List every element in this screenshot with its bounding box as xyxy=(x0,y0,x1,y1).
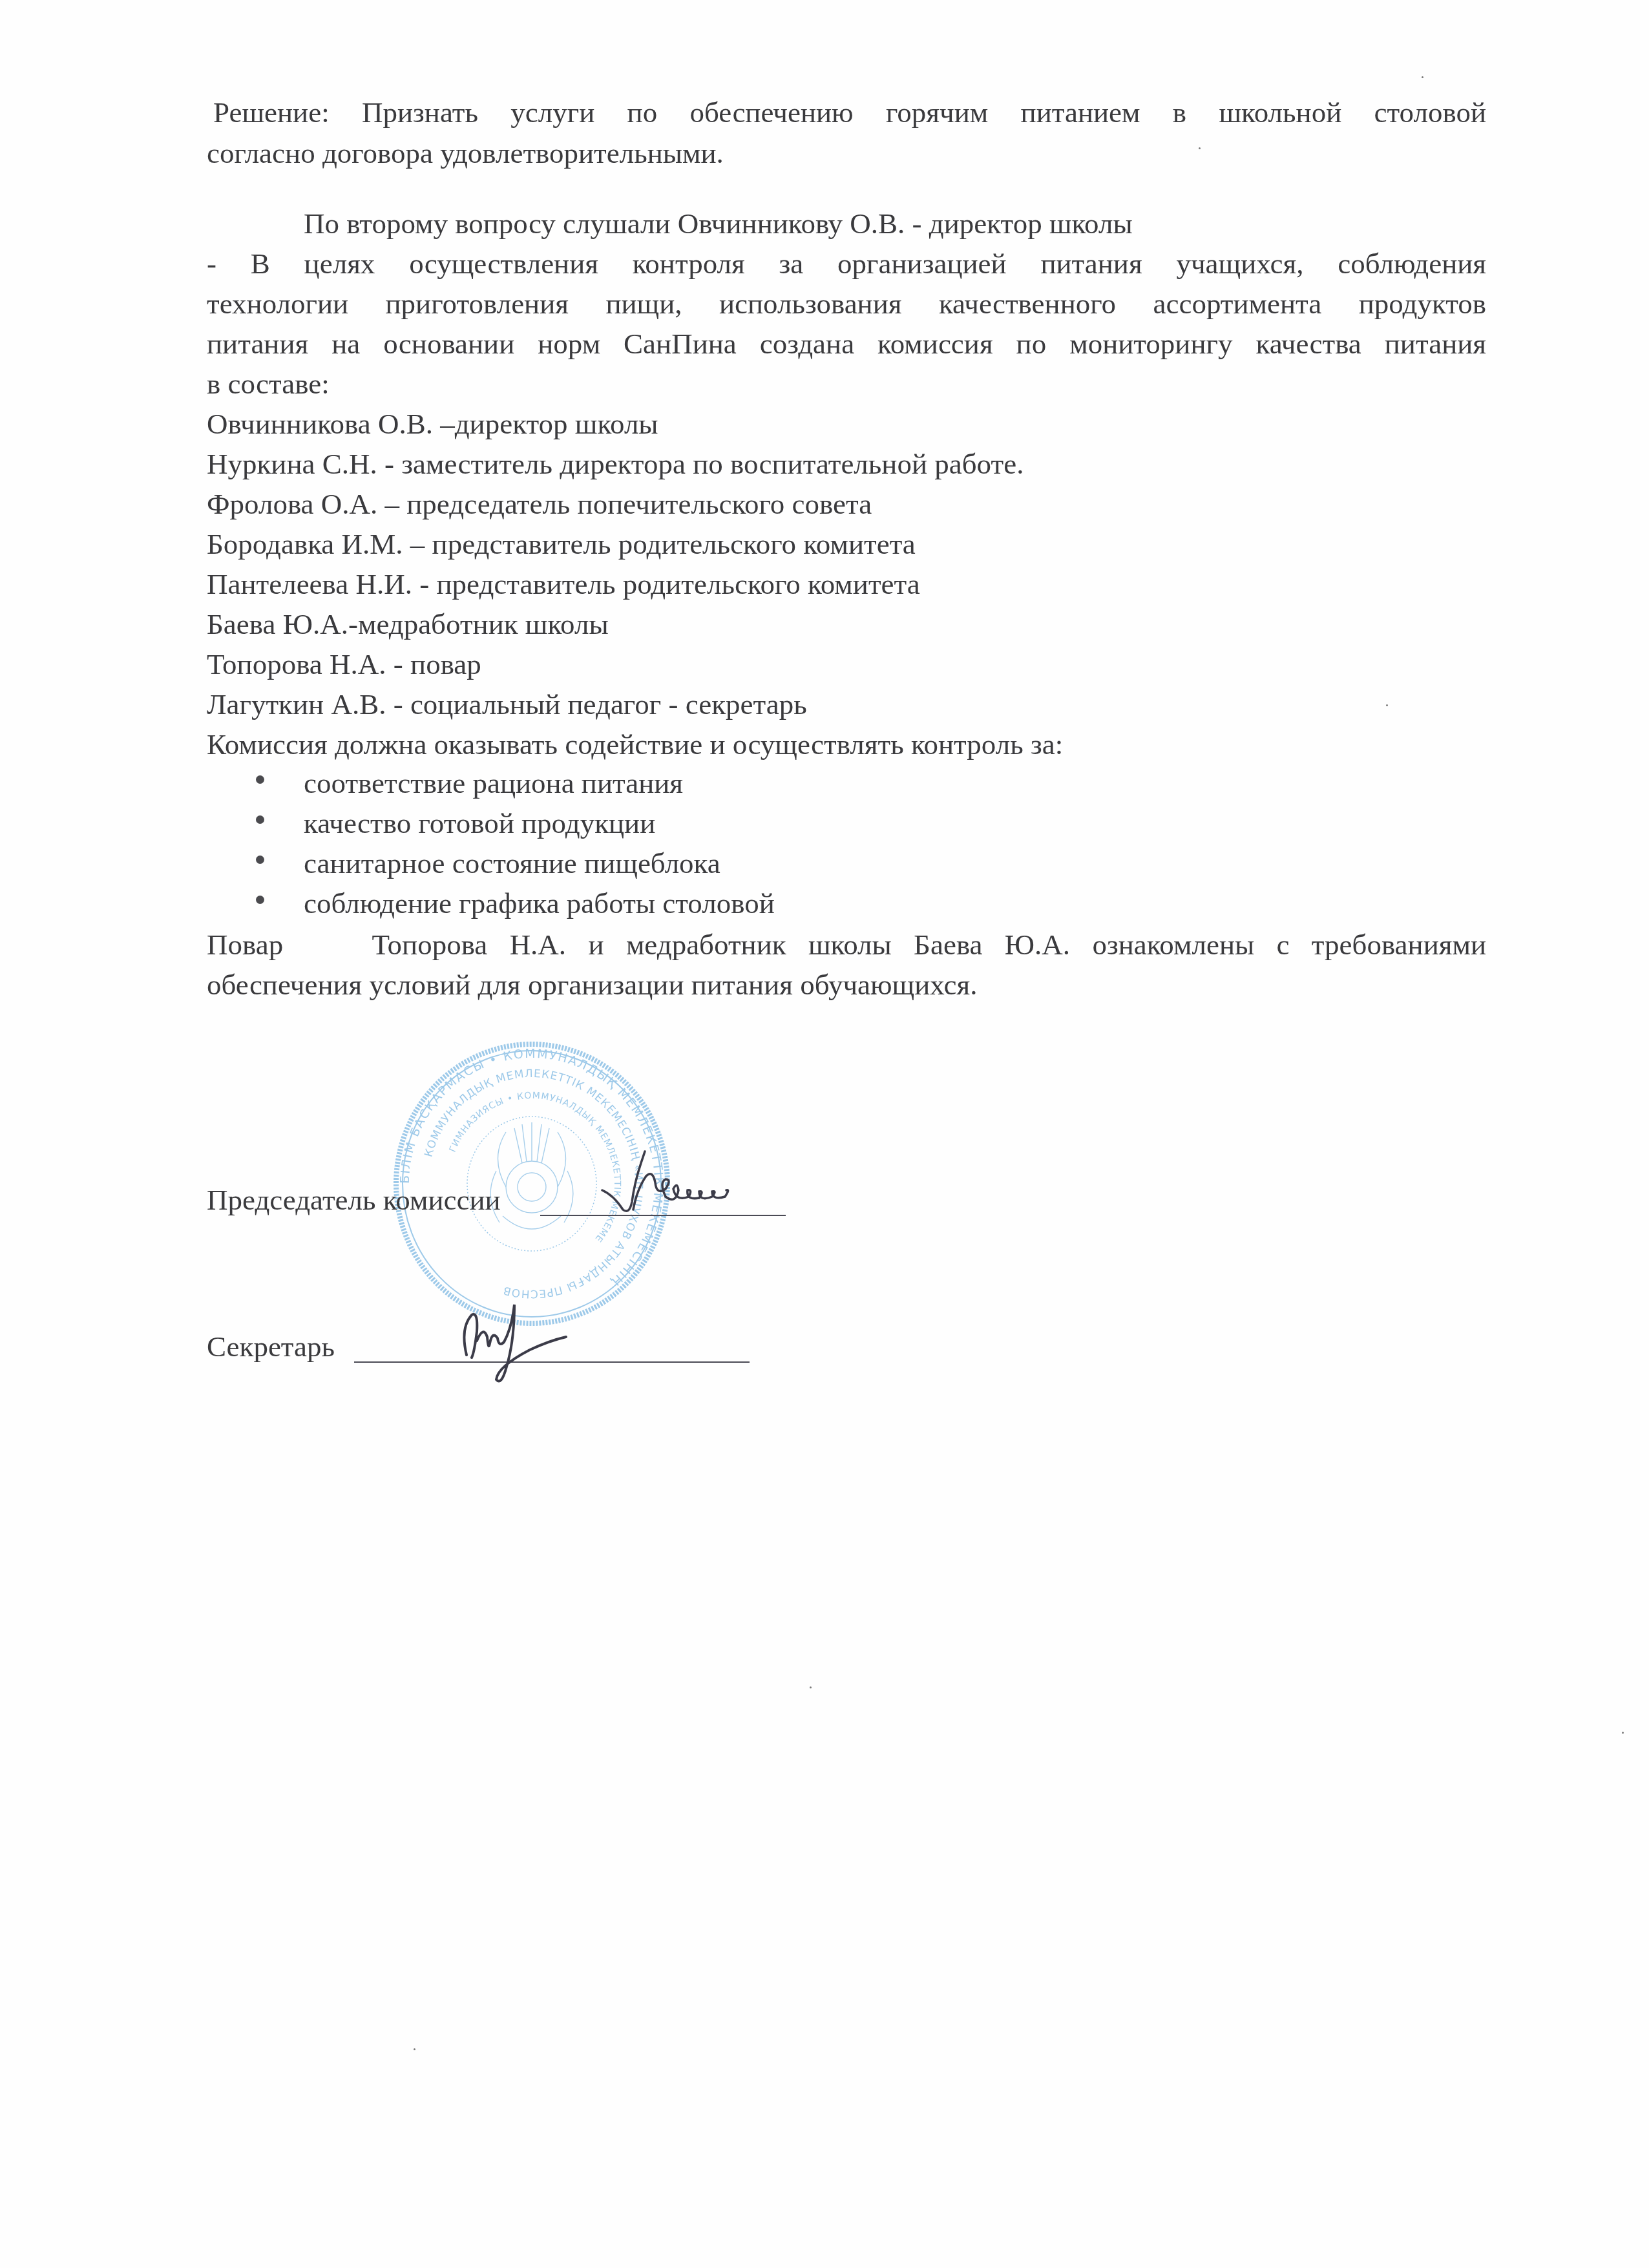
paragraph-line-3: питания на основании норм СанПина создан… xyxy=(207,330,1486,359)
closing-line-1: Повар Топорова Н.А. и медработник школы … xyxy=(207,930,1486,960)
second-question-heading: По второму вопросу слушали Овчинникову О… xyxy=(304,209,1133,238)
member-item: Овчинникова О.В. –директор школы xyxy=(207,410,658,439)
decision-line-2: согласно договора удовлетворительными. xyxy=(207,139,724,168)
duty-item: санитарное состояние пищеблока xyxy=(304,849,720,878)
member-item: Баева Ю.А.-медработник школы xyxy=(207,610,609,639)
duty-item: соблюдение графика работы столовой xyxy=(304,889,775,918)
document-page: Решение: Признать услуги по обеспечению … xyxy=(0,0,1649,2268)
svg-text:ГИМНАЗИЯСЫ • КОММУНАЛДЫҚ МЕМЛЕ: ГИМНАЗИЯСЫ • КОММУНАЛДЫҚ МЕМЛЕКЕТТІК МЕК… xyxy=(448,1091,622,1244)
bullet-icon xyxy=(256,775,264,784)
bullet-icon xyxy=(256,815,264,824)
member-item: Бородавка И.М. – представитель родительс… xyxy=(207,530,916,559)
duties-intro: Комиссия должна оказывать содействие и о… xyxy=(207,730,1063,759)
member-item: Лагуткин А.В. - социальный педагог - сек… xyxy=(207,690,807,719)
member-item: Топорова Н.А. - повар xyxy=(207,650,481,679)
paragraph-line-2: технологии приготовления пищи, использов… xyxy=(207,289,1486,319)
paragraph-line-1: - В целях осуществления контроля за орга… xyxy=(207,249,1486,278)
scan-speck xyxy=(1386,704,1388,706)
scan-speck xyxy=(1622,1732,1624,1734)
member-item: Нуркина С.Н. - заместитель директора по … xyxy=(207,450,1024,479)
scan-speck xyxy=(1422,76,1423,78)
bullet-icon xyxy=(256,856,264,864)
bullet-icon xyxy=(256,896,264,904)
duty-item: качество готовой продукции xyxy=(304,809,655,838)
scan-speck xyxy=(1199,147,1201,149)
chair-label: Председатель комиссии xyxy=(207,1186,501,1215)
scan-speck xyxy=(414,2048,415,2050)
decision-line-1: Решение: Признать услуги по обеспечению … xyxy=(207,98,1486,127)
chair-signature-icon xyxy=(601,1150,769,1221)
closing-line-2: обеспечения условий для организации пита… xyxy=(207,971,977,1000)
secretary-label: Секретарь xyxy=(207,1332,335,1361)
member-item: Пантелеева Н.И. - представитель родитель… xyxy=(207,570,920,599)
duty-item: соответствие рациона питания xyxy=(304,769,683,798)
member-item: Фролова О.А. – председатель попечительск… xyxy=(207,490,872,519)
paragraph-line-4: в составе: xyxy=(207,370,330,399)
scan-speck xyxy=(810,1686,812,1688)
secretary-signature-icon xyxy=(452,1302,575,1392)
